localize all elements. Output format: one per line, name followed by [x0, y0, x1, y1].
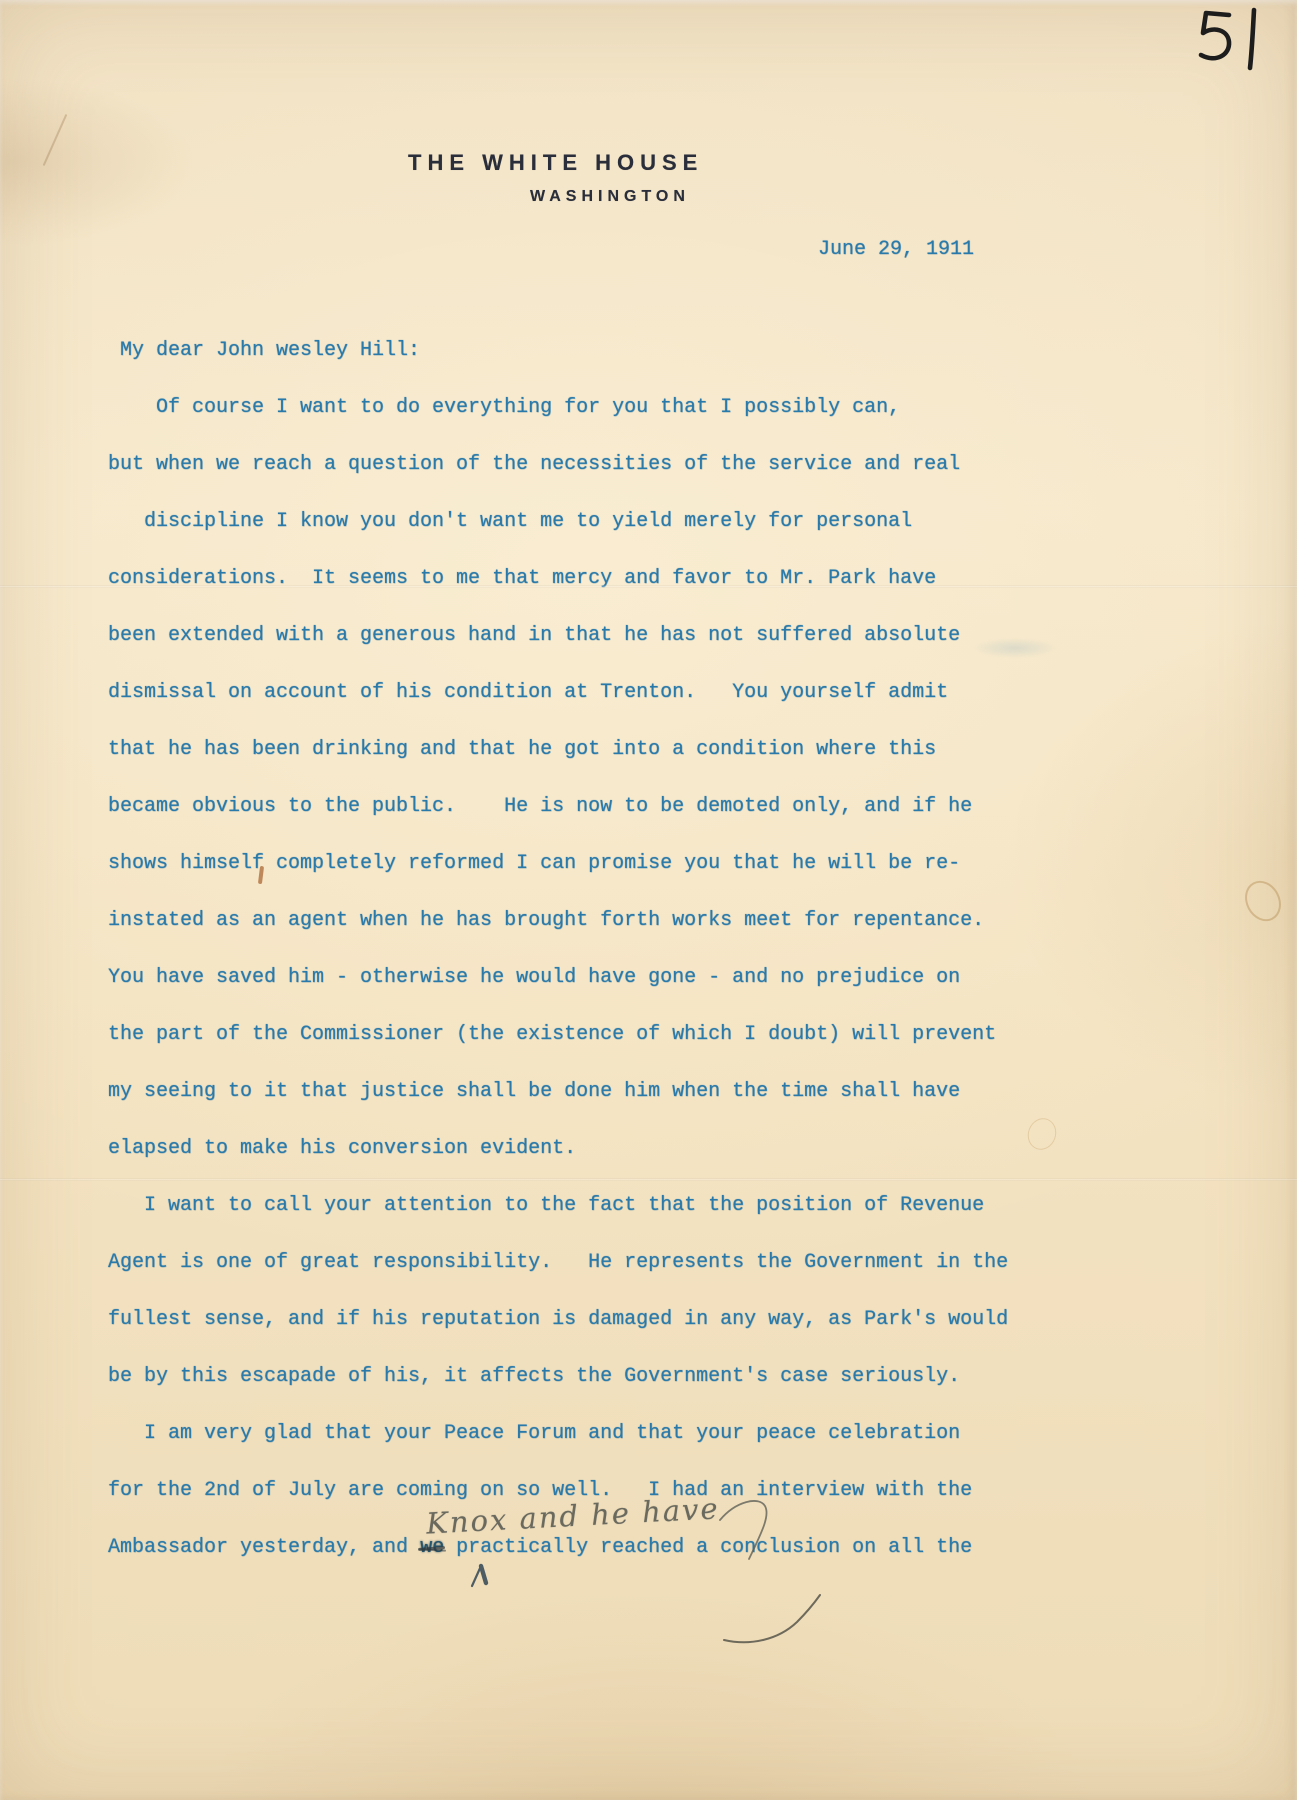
letter-line: shows himself completely reformed I can … [108, 835, 1188, 892]
letter-line: discipline I know you don't want me to y… [108, 493, 1188, 550]
letter-date: June 29, 1911 [818, 238, 974, 261]
page-number-handwritten [1192, 6, 1276, 72]
line-segment: Ambassador yesterday, and [108, 1536, 420, 1559]
letter-line: became obvious to the public. He is now … [108, 778, 1188, 835]
letter-line: that he has been drinking and that he go… [108, 721, 1188, 778]
line-segment: practically reached a conclusion on all … [444, 1536, 972, 1559]
letterhead-city: WASHINGTON [530, 188, 690, 206]
letter-line: but when we reach a question of the nece… [108, 436, 1188, 493]
page-number-51-glyph [1192, 6, 1276, 72]
letter-line: I am very glad that your Peace Forum and… [108, 1405, 1188, 1462]
letter-line: instated as an agent when he has brought… [108, 892, 1188, 949]
paper-crease [0, 585, 1297, 588]
letter-line: fullest sense, and if his reputation is … [108, 1291, 1188, 1348]
letter-line: be by this escapade of his, it affects t… [108, 1348, 1188, 1405]
letter-line: Agent is one of great responsibility. He… [108, 1234, 1188, 1291]
letter-lines: Of course I want to do everything for yo… [108, 379, 1188, 1576]
letterhead-name: THE WHITE HOUSE [408, 150, 703, 176]
letter-line: elapsed to make his conversion evident. [108, 1120, 1188, 1177]
letter-page: THE WHITE HOUSE WASHINGTON June 29, 1911… [0, 0, 1297, 1800]
pencil-curve [722, 1592, 824, 1648]
paper-scratch [43, 114, 68, 166]
letter-line: dismissal on account of his condition at… [108, 664, 1188, 721]
letter-line: my seeing to it that justice shall be do… [108, 1063, 1188, 1120]
letter-line: I want to call your attention to the fac… [108, 1177, 1188, 1234]
letter-line: You have saved him - otherwise he would … [108, 949, 1188, 1006]
letter-line: the part of the Commissioner (the existe… [108, 1006, 1188, 1063]
paper-crease [0, 1178, 1297, 1181]
erased-text-smudge [972, 638, 1058, 658]
letter-body: My dear John wesley Hill: Of course I wa… [108, 322, 1188, 1576]
letter-line: Of course I want to do everything for yo… [108, 379, 1188, 436]
letter-line: considerations. It seems to me that merc… [108, 550, 1188, 607]
salutation: My dear John wesley Hill: [108, 322, 1188, 379]
pencil-flourish [718, 1496, 788, 1566]
stain-mark [1238, 874, 1288, 927]
caret-mark [468, 1562, 494, 1590]
